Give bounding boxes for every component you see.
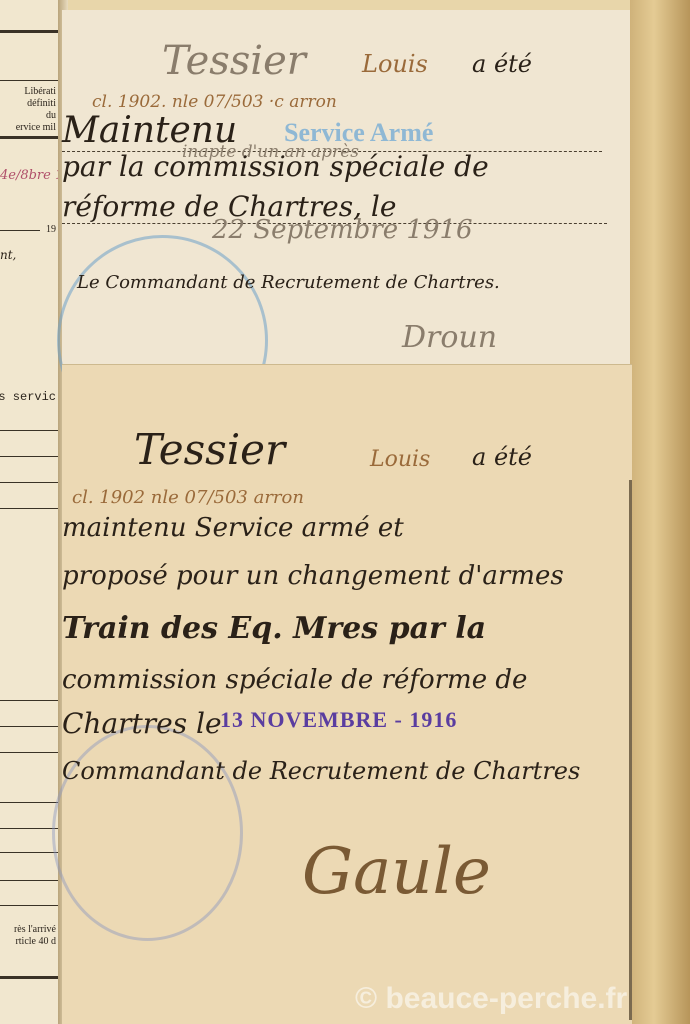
- divider: [0, 752, 58, 753]
- decision-date: 22 Septembre 1916: [212, 215, 473, 245]
- divider: [0, 456, 58, 457]
- date-stamp: 13 NOVEMBRE - 1916: [220, 707, 457, 733]
- first-name: Louis: [370, 447, 430, 472]
- body-line-5: Chartres le: [62, 707, 222, 740]
- left-footer-line: rès l'arrivé: [14, 924, 56, 935]
- body-line-4: commission spéciale de réforme de: [62, 665, 527, 695]
- divider: [0, 136, 58, 139]
- divider: [0, 976, 58, 979]
- slip-border: [629, 480, 632, 1020]
- divider: [0, 828, 58, 829]
- has-been: a été: [472, 50, 532, 78]
- book-edge: [630, 0, 690, 1024]
- body-line-1: maintenu Service armé et: [62, 513, 404, 543]
- left-header-line: du: [46, 110, 56, 121]
- left-section-label: s servic: [0, 392, 56, 403]
- class-annotation: cl. 1902. nle 07/503 ·c arron: [92, 92, 337, 112]
- left-header-line: ervice mil: [16, 122, 56, 133]
- surname: Tessier: [162, 38, 306, 84]
- commandant-line: Le Commandant de Recrutement de Chartres…: [77, 272, 500, 293]
- left-footer-line: rticle 40 d: [15, 936, 56, 947]
- body-line-3: Train des Eq. Mres par la: [62, 611, 486, 646]
- bottom-certificate-slip: Tessier Louis a été cl. 1902 nle 07/503 …: [62, 365, 632, 1024]
- divider: [0, 905, 58, 906]
- left-label: nt,: [0, 248, 16, 262]
- watermark: © beauce-perche.fr: [355, 982, 627, 1016]
- divider: [0, 852, 58, 853]
- commandant-line: Commandant de Recrutement de Chartres: [62, 757, 580, 785]
- first-name: Louis: [362, 50, 428, 78]
- has-been: a été: [472, 443, 532, 471]
- divider: [0, 802, 58, 803]
- left-year: 19: [46, 224, 56, 235]
- left-handwritten-mark: 4e/8bre 19: [0, 168, 62, 183]
- divider: [0, 880, 58, 881]
- divider: [0, 430, 58, 431]
- left-page-fragment: Libérati définiti du ervice mil 4e/8bre …: [0, 0, 62, 1024]
- left-header-line: Libérati: [24, 86, 56, 97]
- body-line-2: proposé pour un changement d'armes: [62, 561, 564, 591]
- left-header-line: définiti: [27, 98, 56, 109]
- signature: Droun: [402, 320, 497, 355]
- divider: [0, 230, 40, 231]
- divider: [0, 30, 58, 33]
- divider: [0, 482, 58, 483]
- commission-line: par la commission spéciale de: [62, 150, 489, 183]
- class-annotation: cl. 1902 nle 07/503 arron: [72, 487, 304, 508]
- divider: [0, 508, 58, 509]
- divider: [0, 700, 58, 701]
- surname: Tessier: [134, 425, 285, 474]
- divider: [0, 726, 58, 727]
- divider: [0, 80, 58, 81]
- signature: Gaule: [302, 835, 491, 909]
